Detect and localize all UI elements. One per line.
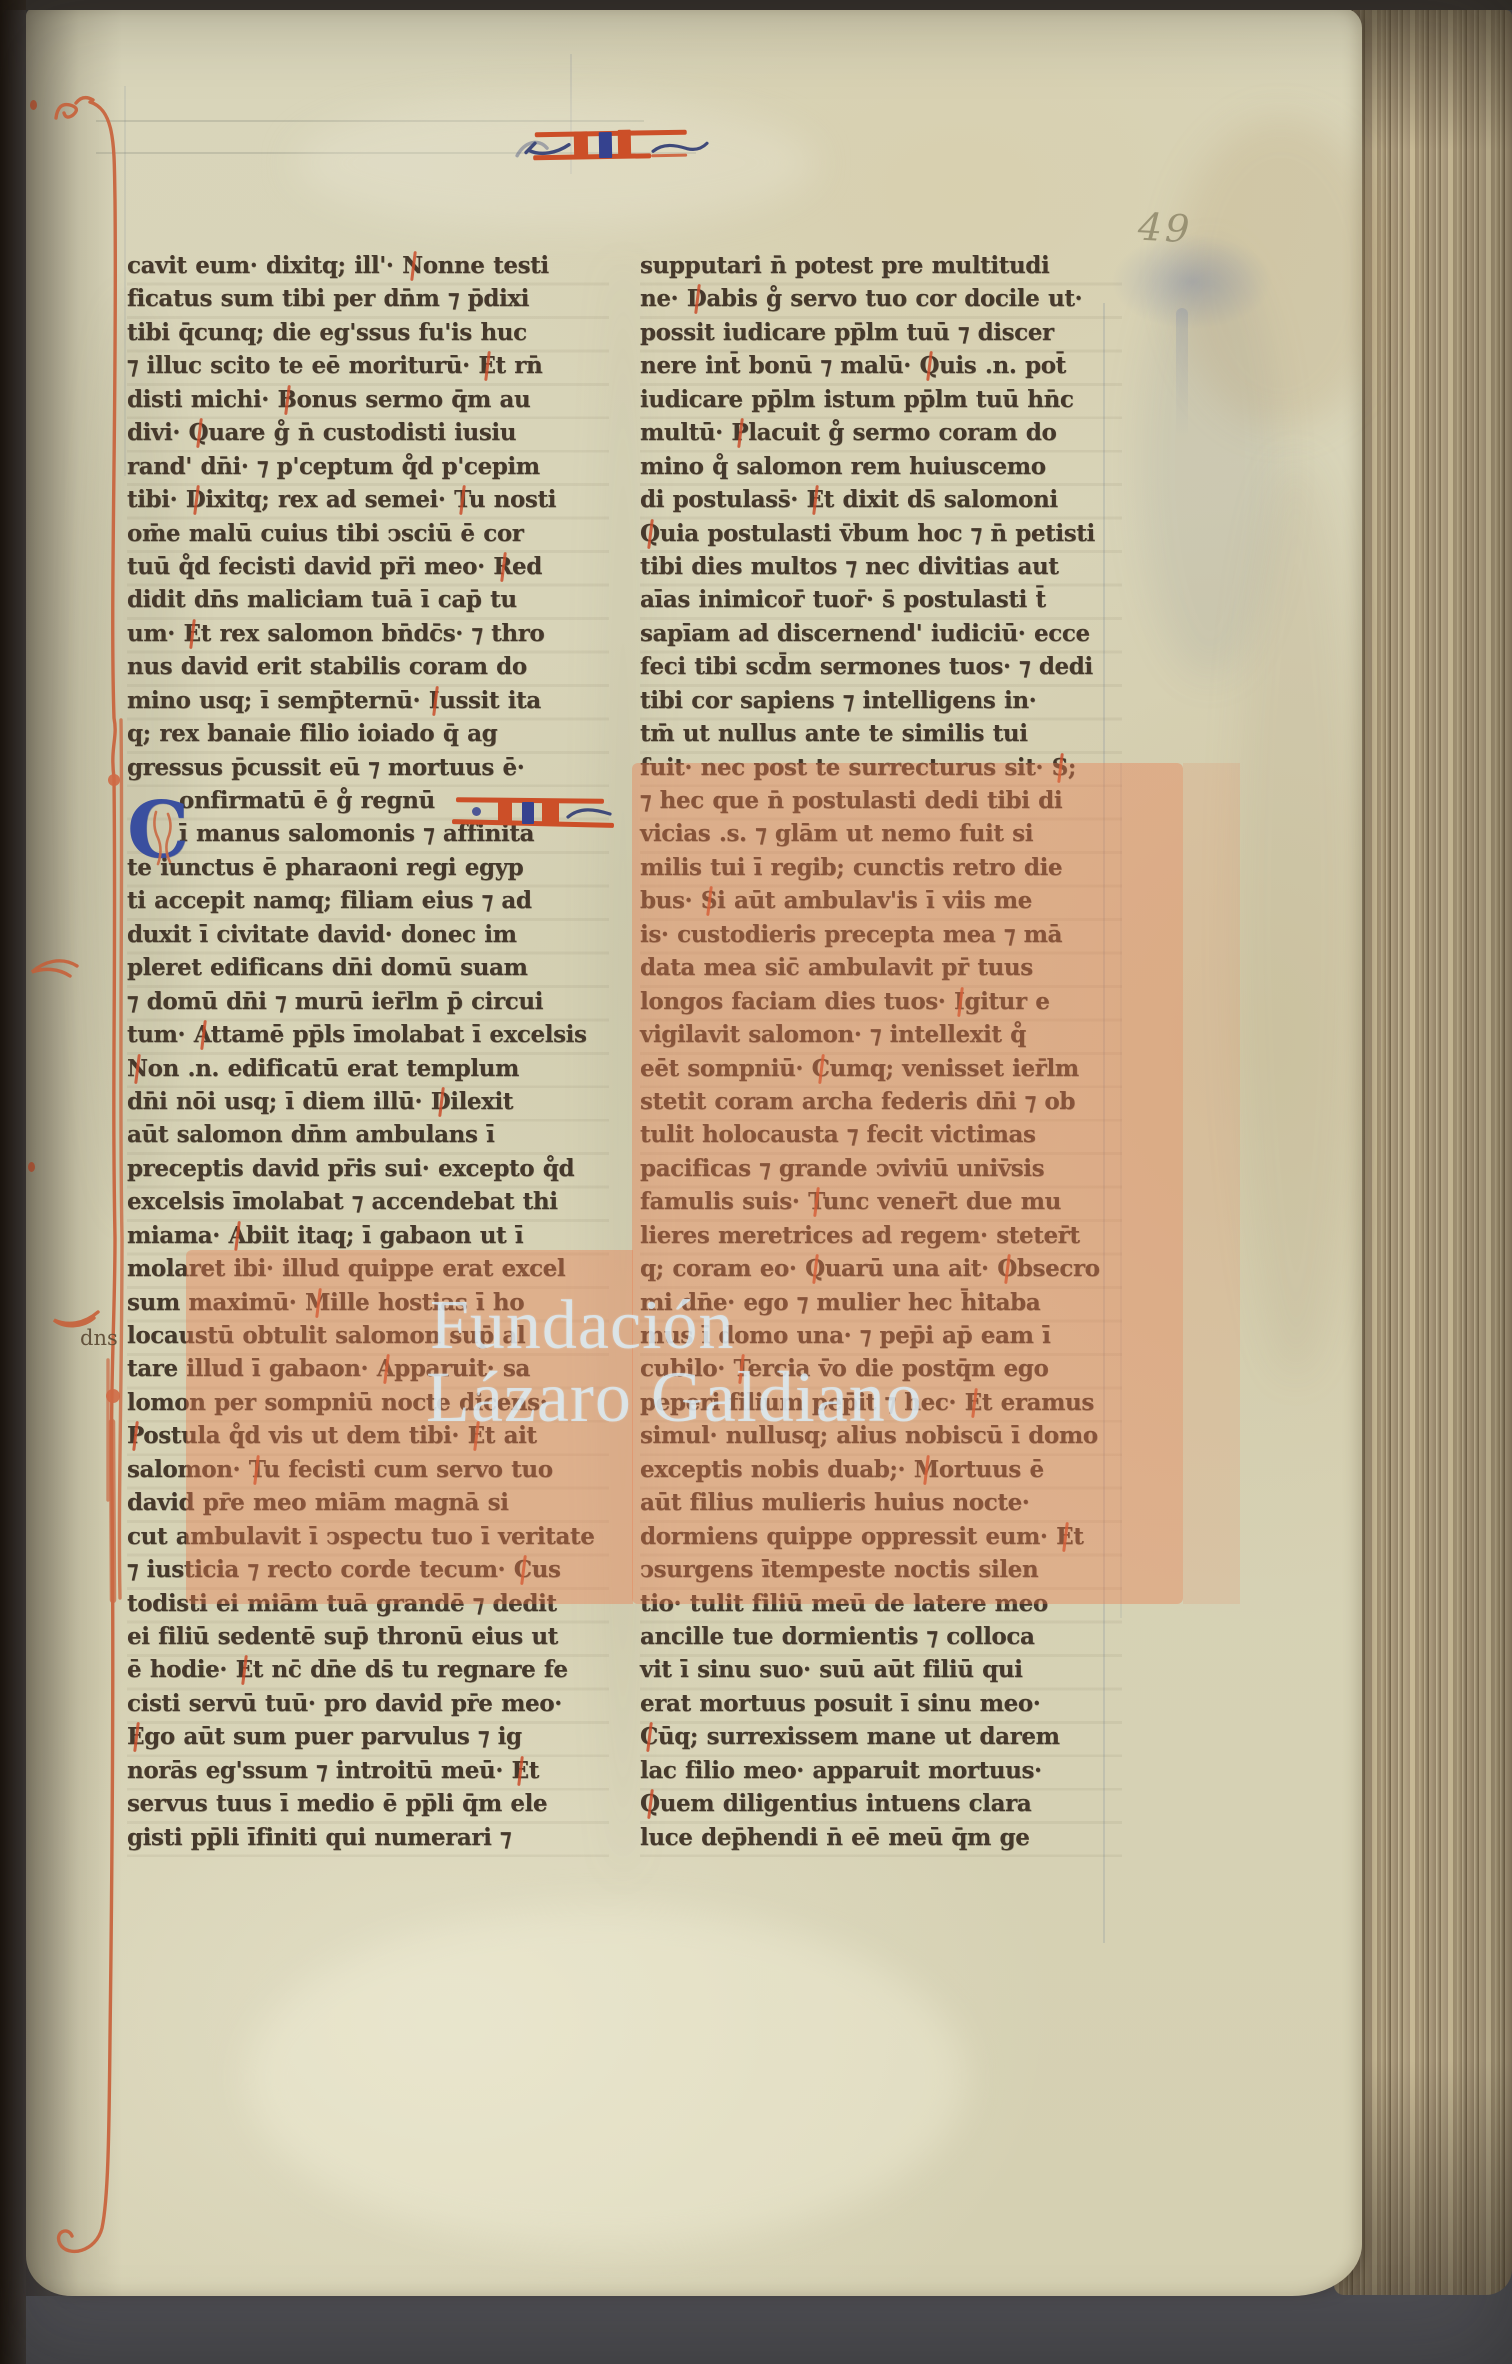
text-line: peperi filium pep̄it ⁊ hec· Et eramus (640, 1389, 1122, 1422)
numeral-stroke (522, 802, 534, 824)
text-line: vigilavit salomon· ⁊ intellexit q̊ (640, 1021, 1122, 1054)
text-line: tum· Attamē pp̄ls īmolabat ī excelsis (127, 1021, 609, 1054)
binding-edge (0, 0, 26, 2364)
header-numeral-stroke (574, 131, 588, 158)
text-line: tare illud ī gabaon· Apparuit· sa (127, 1355, 609, 1388)
text-line: cubilo· Tercia v̄o die postq̄m ego (640, 1355, 1122, 1388)
header-flourish-right (645, 120, 716, 171)
chapter-numeral-value: III (452, 793, 453, 794)
text-line: cisti servū tuū· pro david pr̄e meo· (127, 1690, 609, 1723)
text-line: tio· tulit filiū meū de latere meo (640, 1590, 1122, 1623)
parchment-stain (1236, 458, 1356, 1378)
text-line: molaret ibi· illud quippe erat excel (127, 1255, 609, 1288)
header-numeral-stroke (618, 130, 631, 158)
text-line: aūt salomon dn̄m ambulans ī (127, 1121, 609, 1154)
text-line: simul· nullusq; alius nobiscū ī domo (640, 1422, 1122, 1455)
text-line: possit iudicare pp̄lm tuū ⁊ discer (640, 319, 1122, 352)
red-pigment-speck (30, 100, 37, 110)
text-line: ↄsurgens ītempeste noctis silen (640, 1556, 1122, 1589)
parchment-page: III cavit eum· dixitq; ill'· Nonne testi… (26, 8, 1362, 2296)
text-line: vit ī sinu suo· suū aūt filiū qui (640, 1656, 1122, 1689)
text-line: Non .n. edificatū erat templum (127, 1055, 609, 1088)
text-line: data mea sic̄ ambulavit pr̄ tuus (640, 954, 1122, 987)
text-line: tuū q̊d fecisti david pr̄i meo· Red (127, 553, 609, 586)
text-line: duxit ī civitate david· donec im (127, 921, 609, 954)
text-line: tm̄ ut nullus ante te similis tui (640, 720, 1122, 753)
text-line: ⁊ iusticia ⁊ recto corde tecum· Cus (127, 1556, 609, 1589)
text-line: erat mortuus posuit ī sinu meo· (640, 1690, 1122, 1723)
text-line: q; rex banaie filio ioiado q̄ ag (127, 720, 609, 753)
text-line: salomon· Tu fecisti cum servo tuo (127, 1456, 609, 1489)
text-line: bus· Si aūt ambulav'is ī viis me (640, 887, 1122, 920)
text-line: sum maximū· Mille hostias ī ho (127, 1289, 609, 1322)
text-line: gisti pp̄li īfiniti qui numerari ⁊ (127, 1824, 609, 1857)
text-line: divi· Quare g̊ n̄ custodisti iusiu (127, 419, 609, 452)
text-line: tibi cor sapiens ⁊ intelligens in· (640, 687, 1122, 720)
text-line: servus tuus ī medio ē pp̄li q̄m ele (127, 1790, 609, 1823)
text-line: todisti ei miām tuā grandē ⁊ dedit (127, 1590, 609, 1623)
numeral-flourish (564, 793, 624, 833)
text-line: tibi· Dixitq; rex ad semei· Tu nosti (127, 486, 609, 519)
text-line: Quem diligentius intuens clara (640, 1790, 1122, 1823)
text-line: Postula q̊d vis ut dem tibi· Et ait (127, 1422, 609, 1455)
text-line: ⁊ hec que n̄ postulasti dedi tibi di (640, 787, 1122, 820)
text-line: aūt filius mulieris huius nocte· (640, 1489, 1122, 1522)
text-line: supputari n̄ potest pre multitudi (640, 252, 1122, 285)
header-numeral-stroke (599, 132, 612, 158)
text-line: is· custodieris precepta mea ⁊ mā (640, 921, 1122, 954)
text-line: lomon per sompniū nocte dicens· (127, 1389, 609, 1422)
text-line: feci tibi scd̄m sermones tuos· ⁊ dedi (640, 653, 1122, 686)
running-header: III (505, 120, 716, 174)
photo-top-edge (0, 0, 1512, 10)
text-line: di postulass̄· Et dixit ds̄ salomoni (640, 486, 1122, 519)
text-line: mino q̊ salomon rem huiuscemo (640, 453, 1122, 486)
parchment-stain (246, 1908, 966, 2248)
text-line: ti accepit namq; filiam eius ⁊ ad (127, 887, 609, 920)
text-line: david pr̄e meo miām magnā si (127, 1489, 609, 1522)
chapter-numeral: III (452, 793, 622, 833)
text-line: milis tui ī regib; cunctis retro die (640, 854, 1122, 887)
text-line: ⁊ illuc scito te eē moriturū· Et rn̄ (127, 352, 609, 385)
text-line: om̄e malū cuius tibi ↄsciū ē cor (127, 520, 609, 553)
text-line: pleret edificans dn̄i domū suam (127, 954, 609, 987)
text-line: mino usq; ī semp̄ternū· Iussit ita (127, 687, 609, 720)
text-line: stetit coram archa federis dn̄i ⁊ ob (640, 1088, 1122, 1121)
text-line: disti michi· Bonus sermo q̄m au (127, 386, 609, 419)
text-line: Cūq; surrexissem mane ut darem (640, 1723, 1122, 1756)
text-line: sapīam ad discernend' iudiciū· ecce (640, 620, 1122, 653)
text-line: miama· Abiit itaq; ī gabaon ut ī (127, 1222, 609, 1255)
text-line: pacificas ⁊ grande ↄviviū univ̄sis (640, 1155, 1122, 1188)
text-column-1: cavit eum· dixitq; ill'· Nonne testifica… (127, 252, 609, 1857)
text-line: q; coram eo· Quarū una ait· Obsecro (640, 1255, 1122, 1288)
text-line: tibi q̄cunq; die eg'ssus fu'is huc (127, 319, 609, 352)
text-column-2: supputari n̄ potest pre multitudine· Dab… (640, 252, 1122, 1857)
text-line: locaustū obtulit salomon sup̄ al (127, 1322, 609, 1355)
text-line: ei filiū sedentē sup̄ thronū eius ut (127, 1623, 609, 1656)
text-line: norās eg'ssum ⁊ introitū meū· Et (127, 1757, 609, 1790)
red-pigment-speck (28, 1162, 35, 1172)
text-line: nus david erit stabilis coram do (127, 653, 609, 686)
text-line: nere int̄ bonū ⁊ malū· Quis .n. pot̄ (640, 352, 1122, 385)
text-line: ē hodie· Et nc̄ dn̄e ds̄ tu regnare fe (127, 1656, 609, 1689)
text-line: lac filio meo· apparuit mortuus· (640, 1757, 1122, 1790)
text-line: didit dn̄s maliciam tuā ī cap̄ tu (127, 586, 609, 619)
text-line: fuit· nec post te surrecturus sit· S; (640, 754, 1122, 787)
text-line: tibi dies multos ⁊ nec divitias aut (640, 553, 1122, 586)
text-line: cavit eum· dixitq; ill'· Nonne testi (127, 252, 609, 285)
text-line: iudicare pp̄lm istum pp̄lm tuū hn̄c (640, 386, 1122, 419)
text-line: ⁊ domū dn̄i ⁊ murū ier̄lm p̄ circui (127, 988, 609, 1021)
text-line: rand' dn̄i· ⁊ p'ceptum q̊d p'cepim (127, 453, 609, 486)
text-line: eēt sompniū· Cumq; venisset ier̄lm (640, 1055, 1122, 1088)
initial-filigree (138, 804, 198, 874)
text-line: preceptis david pr̄is sui· excepto q̊d (127, 1155, 609, 1188)
text-line: exceptis nobis duab;· Mortuus ē (640, 1456, 1122, 1489)
text-line: mus ī domo una· ⁊ pep̄i ap̄ eam ī (640, 1322, 1122, 1355)
numeral-dot (472, 807, 481, 816)
text-line: te iunctus ē pharaoni regi egyp (127, 854, 609, 887)
text-line: Ego aūt sum puer parvulus ⁊ ig (127, 1723, 609, 1756)
text-line: dn̄i nōi usq; ī diem illū· Dilexit (127, 1088, 609, 1121)
text-line: ancille tue dormientis ⁊ colloca (640, 1623, 1122, 1656)
text-line: longos faciam dies tuos· Igitur e (640, 988, 1122, 1021)
header-flourish-left (505, 123, 576, 174)
text-line: cut ambulavit ī ↄspectu tuo ī veritate (127, 1523, 609, 1556)
text-line: ne· Dabis g̊ servo tuo cor docile ut· (640, 285, 1122, 318)
text-line: mi dn̄e· ego ⁊ mulier hec h̄itaba (640, 1289, 1122, 1322)
text-line: multū· Placuit g̊ sermo coram do (640, 419, 1122, 452)
text-line: famulis suis· Tunc vener̄t due mu (640, 1188, 1122, 1221)
text-line: um· Et rex salomon bn̄dc̄s· ⁊ thro (127, 620, 609, 653)
text-line: dormiens quippe oppressit eum· Et (640, 1523, 1122, 1556)
text-line: aīas inimicor̄ tuor̄· s̄ postulasti t̄ (640, 586, 1122, 619)
margin-note: dns (80, 1326, 118, 1350)
ink-smudge (1112, 234, 1272, 329)
numeral-stroke (498, 802, 512, 824)
ink-smudge-drip (1176, 308, 1188, 438)
numeral-stroke (542, 801, 559, 824)
text-line: tulit holocausta ⁊ fecit victimas (640, 1121, 1122, 1154)
text-line: luce dep̄hendi n̄ eē meū q̄m ge (640, 1824, 1122, 1857)
text-line: Quia postulasti v̄bum hoc ⁊ n̄ petisti (640, 520, 1122, 553)
manuscript-photo: III cavit eum· dixitq; ill'· Nonne testi… (0, 0, 1512, 2364)
text-line: lieres meretrices ad regem· steter̄t (640, 1222, 1122, 1255)
text-line: gressus p̄cussit eū ⁊ mortuus ē· (127, 754, 609, 787)
text-line: ficatus sum tibi per dn̄m ⁊ p̄dixi (127, 285, 609, 318)
text-line: vicias .s. ⁊ glām ut nemo fuit si (640, 820, 1122, 853)
text-line: excelsis īmolabat ⁊ accendebat thi (127, 1188, 609, 1221)
